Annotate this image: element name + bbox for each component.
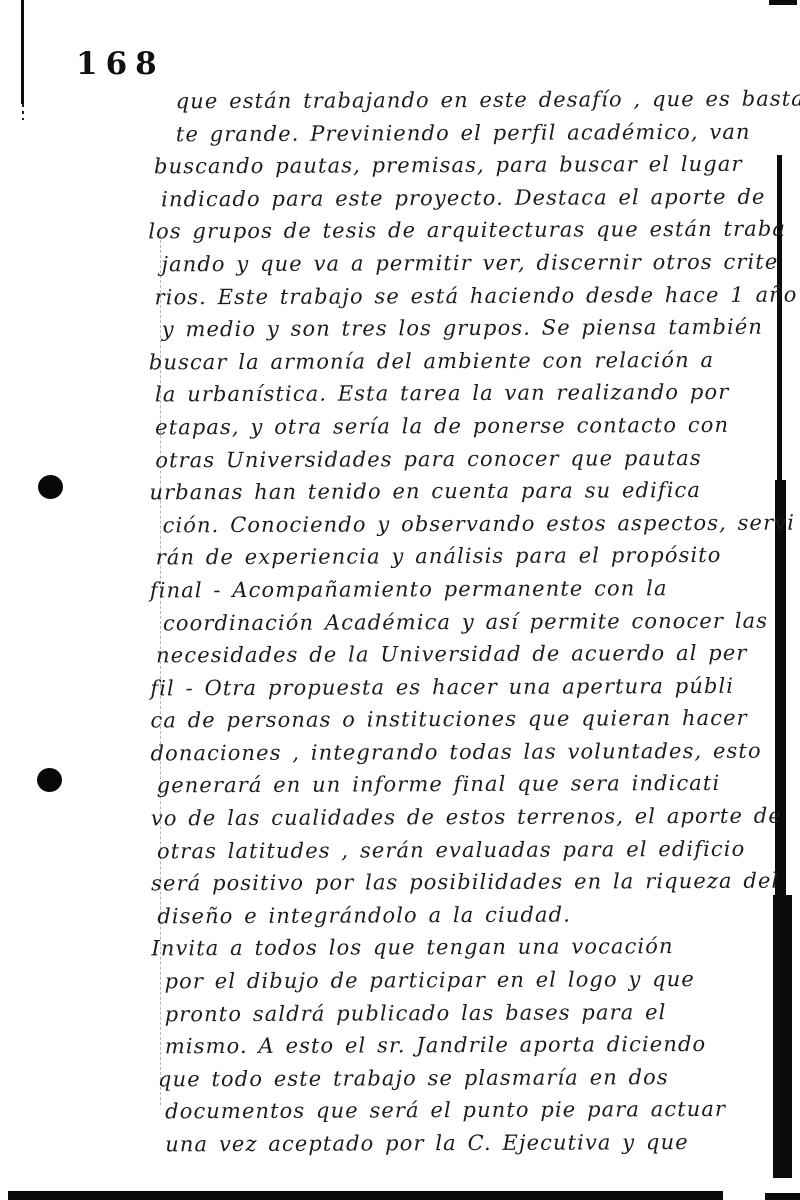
handwritten-line: ca de personas o instituciones que quier… [150, 702, 790, 737]
punch-hole-dot [38, 475, 63, 499]
punch-hole-dot [37, 768, 62, 792]
handwritten-line: indicado para este proyecto. Destaca el … [148, 180, 788, 215]
scan-edge-left-line [21, 0, 24, 104]
handwritten-line: fil - Otra propuesta es hacer una apertu… [150, 669, 790, 704]
handwritten-line: por el dibujo de participar en el logo y… [151, 963, 791, 998]
handwritten-line: otras latitudes , serán evaluadas para e… [151, 832, 791, 867]
handwritten-line: buscando pautas, premisas, para buscar e… [148, 148, 788, 183]
handwritten-line: coordinación Académica y así permite con… [150, 604, 790, 639]
scan-edge-bottom-bar [8, 1191, 723, 1200]
handwritten-line: rios. Este trabajo se está haciendo desd… [149, 278, 789, 313]
handwritten-line: pronto saldrá publicado las bases para e… [152, 995, 792, 1030]
handwritten-line: urbanas han tenido en cuenta para su edi… [149, 474, 789, 509]
handwritten-line: mismo. A esto el sr. Jandrile aporta dic… [152, 1028, 792, 1063]
handwritten-line: que todo este trabajo se plasmaría en do… [152, 1060, 792, 1095]
page-number: 168 [76, 46, 165, 82]
handwritten-line: donaciones , integrando todas las volunt… [151, 734, 791, 769]
handwritten-line: te grande. Previniendo el perfil académi… [148, 115, 788, 150]
handwritten-line: vo de las cualidades de estos terrenos, … [151, 800, 791, 835]
handwritten-line: generará en un informe final que sera in… [151, 767, 791, 802]
scan-edge-bottom-bar [765, 1193, 800, 1200]
handwritten-line: rán de experiencia y análisis para el pr… [150, 539, 790, 574]
handwritten-line: buscar la armonía del ambiente con relac… [149, 343, 789, 378]
handwritten-line: y medio y son tres los grupos. Se piensa… [149, 311, 789, 346]
handwritten-line: será positivo por las posibilidades en l… [151, 865, 791, 900]
handwritten-line: diseño e integrándolo a la ciudad. [151, 897, 791, 932]
handwritten-line: los grupos de tesis de arquitecturas que… [148, 213, 788, 248]
handwritten-line: una vez aceptado por la C. Ejecutiva y q… [152, 1126, 792, 1161]
scan-edge-left-line-fade [22, 104, 24, 120]
handwritten-line: necesidades de la Universidad de acuerdo… [150, 637, 790, 672]
handwritten-line: Invita a todos los que tengan una vocaci… [151, 930, 791, 965]
handwritten-line: ción. Conociendo y observando estos aspe… [150, 506, 790, 541]
handwritten-line: que están trabajando en este desafío , q… [148, 83, 788, 118]
handwritten-line: etapas, y otra sería la de ponerse conta… [149, 409, 789, 444]
scanned-document-page: 168 que están trabajando en este desafío… [0, 0, 800, 1200]
handwritten-line: otras Universidades para conocer que pau… [149, 441, 789, 476]
handwritten-line: la urbanística. Esta tarea la van realiz… [149, 376, 789, 411]
handwritten-line: jando y que va a permitir ver, discernir… [148, 246, 788, 281]
scan-corner-mark [769, 0, 797, 5]
handwritten-text-block: que están trabajando en este desafío , q… [148, 83, 793, 1161]
handwritten-line: documentos que será el punto pie para ac… [152, 1093, 792, 1128]
handwritten-line: final - Acompañamiento permanente con la [150, 572, 790, 607]
